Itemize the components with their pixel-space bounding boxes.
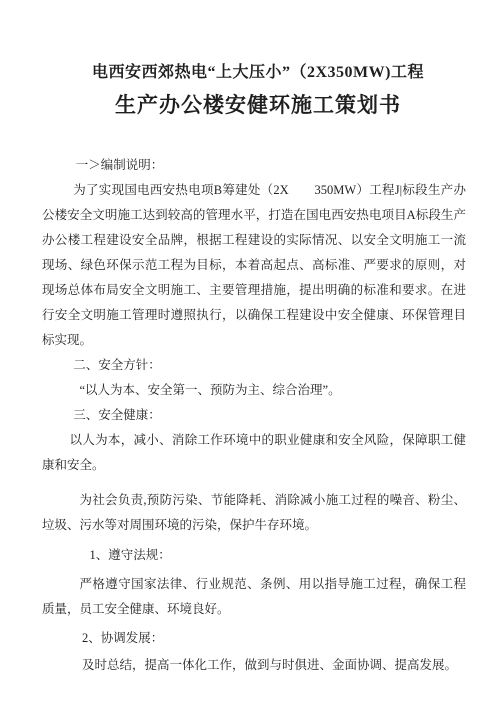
document-title-block: 电西安西郊热电“上大压小”（2X350MW)工程 生产办公楼安健环施工策划书 [0, 0, 500, 120]
paragraph-compilation-notes: 为了实现国电西安热电项B筹建处（2X 350MW）工程J|标段生产办公楼安全文明… [42, 178, 466, 353]
paragraph-environment-responsibility: 为社会负责,预防污染、节能降耗、消除减小施工过程的噪音、粉尘、垃圾、污水等对周围… [42, 488, 466, 538]
section-heading-coordinated-development: 2、协调发展： [42, 626, 466, 651]
document-title-line1: 电西安西郊热电“上大压小”（2X350MW)工程 [8, 62, 500, 84]
section-heading-safety-health: 三、安全健康： [42, 403, 466, 428]
document-page: 电西安西郊热电“上大压小”（2X350MW)工程 生产办公楼安健环施工策划书 一… [0, 0, 500, 728]
paragraph-safety-policy-quote: “以人为本、安全第一、预防为主、综合治理”。 [42, 378, 466, 403]
document-body: 一＞编制说明： 为了实现国电西安热电项B筹建处（2X 350MW）工程J|标段生… [42, 153, 466, 678]
paragraph-safety-health: 以人为本，减小、消除工作环境中的职业健康和安全风险，保障职工健康和安全。 [42, 428, 466, 478]
section-heading-abide-regulations: 1、遵守法规： [42, 543, 466, 568]
section-heading-compilation-notes: 一＞编制说明： [42, 153, 466, 178]
document-title-line2: 生产办公楼安健环施工策划书 [8, 90, 500, 120]
paragraph-coordinated-development: 及时总结，提高一体化工作，做到与时俱进、金面协调、提高发展。 [42, 653, 466, 678]
paragraph-abide-regulations: 严格遵守国家法律、行业规范、条例、用以指导施工过程，确保工程质量，员工安全健康、… [42, 572, 466, 622]
section-heading-safety-policy: 二、安全方针： [42, 353, 466, 378]
